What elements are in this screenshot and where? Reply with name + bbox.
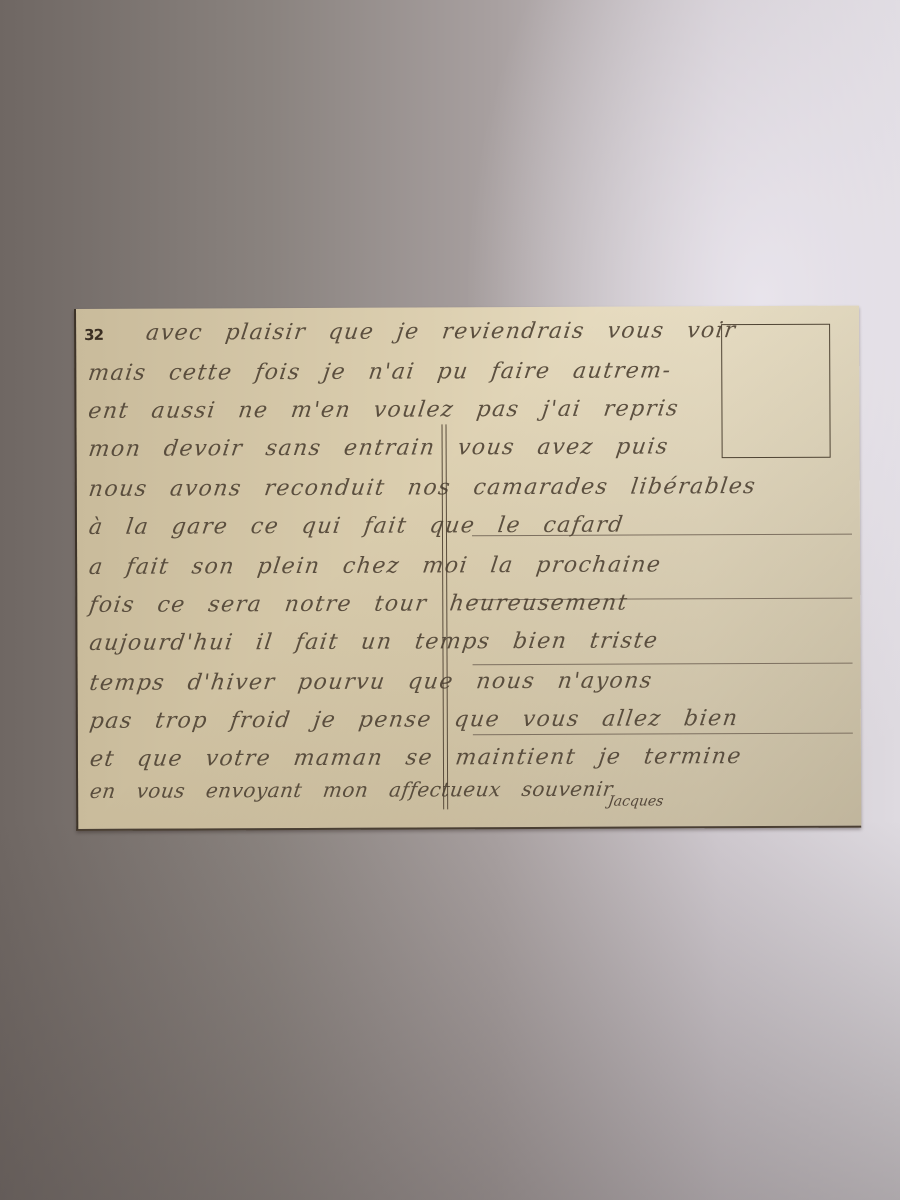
address-line — [473, 663, 853, 666]
handwritten-line: mais cette fois je n'ai pu faire autrem- — [87, 358, 860, 386]
handwritten-line: mon devoir sans entrain vous avez puis — [87, 434, 860, 462]
handwritten-line: fois ce sera notre tour heureusement — [88, 590, 861, 618]
handwritten-line: et que votre maman se maintient je termi… — [88, 744, 861, 772]
handwritten-line: en vous envoyant mon affectueux souvenir — [88, 776, 861, 803]
handwritten-line: ent aussi ne m'en voulez pas j'ai repris — [87, 396, 860, 424]
handwritten-line: aujourd'hui il fait un temps bien triste — [88, 628, 861, 656]
handwritten-line: temps d'hiver pourvu que nous n'ayons — [88, 668, 861, 696]
handwritten-line: nous avons reconduit nos camarades libér… — [87, 474, 860, 502]
handwritten-line: a fait son plein chez moi la prochaine — [87, 552, 860, 580]
background-shadow — [0, 820, 900, 1200]
handwritten-line: à la gare ce qui fait que le cafard — [87, 512, 860, 540]
handwritten-line: avec plaisir que je reviendrais vous voi… — [144, 317, 900, 345]
postcard: 32 avec plaisir que je reviendrais vous … — [74, 306, 861, 831]
address-line — [473, 733, 853, 736]
card-number: 32 — [84, 326, 103, 344]
signature: Jacques — [607, 793, 664, 809]
handwritten-line: pas trop froid je pense que vous allez b… — [88, 706, 861, 734]
